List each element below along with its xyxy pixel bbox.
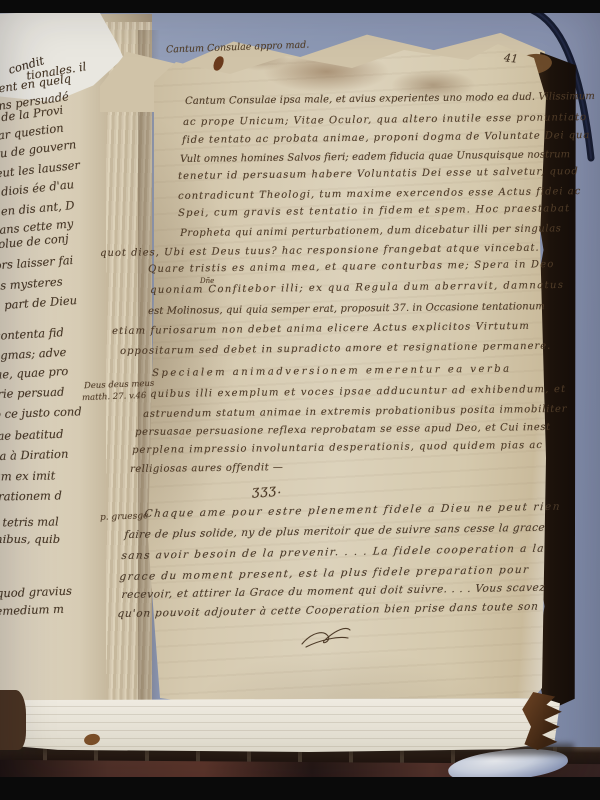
latin-text-line: astruendum statum animae in extremis pro…	[143, 404, 567, 420]
latin-text-line: Propheta qui animi perturbationem, dum d…	[180, 223, 562, 239]
latin-text-line: oppositarum sed debet in supradicto amor…	[120, 341, 551, 357]
latin-text-line: Spei, cum gravis est tentatio in fidem e…	[178, 203, 570, 219]
latin-text-line: quot dies, Ubi est Deus tuus? hac respon…	[100, 243, 540, 259]
left-page-text-fragment: est diois ée d'au	[0, 177, 75, 201]
french-text-line: qu'on pouvoit adjouter à cette Cooperati…	[117, 601, 539, 620]
latin-text-line: perplena impressio involuntaria desperat…	[132, 440, 543, 456]
letterbox-bar-top	[0, 0, 600, 13]
left-page-text-fragment: tarie persuad	[0, 385, 65, 402]
margin-note-scripture: Deus deus meus	[84, 379, 155, 391]
left-page-text-fragment: dogmas; adve	[0, 345, 67, 363]
left-page-text-fragment: contenta fid	[0, 325, 64, 343]
latin-text-line: ac prope Unicum; Vitae Oculor, qua alter…	[183, 112, 587, 128]
latin-text-line: Quare tristis es anima mea, et quare con…	[148, 259, 555, 275]
latin-text-line: Cantum Consulae ipsa male, et avius expe…	[185, 91, 595, 107]
margin-note-scripture: matth. 27. v.46	[82, 391, 147, 403]
latin-text-line: quibus illi exemplum et voces ipsae addu…	[150, 384, 566, 400]
latin-text-line: Vult omnes homines Salvos fieri; eadem f…	[180, 149, 570, 165]
left-page-text-fragment: perationem d	[0, 488, 62, 503]
french-text-line: faire de plus solide, ny de plus meritoi…	[124, 522, 546, 541]
left-page-text-fragment: alors laisser fai	[0, 253, 74, 273]
left-page-text-fragment: quod gravius	[0, 584, 72, 601]
left-page-text-fragment: ata à Diration	[0, 447, 69, 464]
section-divider-ornament: ʒʒʒ.	[252, 482, 283, 499]
header-note: Cantum Consulae appro mad.	[166, 40, 310, 56]
manuscript-photo: Cantum Consulae appro mad. 41 Cantum Con…	[0, 0, 600, 800]
left-page-text-fragment: remedium m	[0, 602, 64, 619]
left-page-text-fragment: imibus, quib	[0, 532, 60, 546]
latin-text-line: tenetur id persuasum habere Voluntatis D…	[178, 166, 579, 182]
left-page-text-fragment: e tetris mal	[0, 514, 59, 529]
page-number: 41	[503, 51, 518, 65]
french-text-line: grace du moment present, est la plus fid…	[119, 564, 530, 583]
french-text-line: recevoir, et attirer la Grace du moment …	[121, 582, 546, 601]
latin-text-line: est Molinosus, qui quia semper erat, pro…	[148, 301, 545, 317]
left-page-text-fragment: la part de Dieu	[0, 293, 78, 313]
left-page-text-fragment: nae, quae pro	[0, 364, 69, 382]
left-page-text-fragment: am ex imit	[0, 468, 55, 483]
left-page-text-fragment: Deo ce justo cond	[0, 404, 82, 422]
french-text-line: Chaque ame pour estre plenement fidele a…	[144, 501, 562, 520]
latin-text-line: relligiosas aures offendit —	[130, 462, 283, 475]
french-text-line: sans avoir besoin de la prevenir. . . . …	[121, 543, 545, 562]
left-page-text-fragment: des mysteres	[0, 274, 63, 293]
letterbox-bar-bottom	[0, 777, 600, 800]
handwriting-layer: Cantum Consulae appro mad. 41 Cantum Con…	[0, 0, 600, 800]
latin-text-line: fide tentato ac probata animae, proponi …	[182, 130, 590, 146]
latin-text-line: Specialem animadversionem emerentur ea v…	[152, 364, 512, 379]
paraph-flourish	[298, 622, 354, 650]
latin-text-line: etiam furiosarum non debet anima elicere…	[112, 321, 530, 337]
latin-text-line: persuasae persuasione reflexa reprobatam…	[135, 422, 551, 438]
margin-note-source: p. gruesge	[100, 511, 149, 523]
latin-text-line: contradicunt Theologi, tum maxime exerce…	[178, 186, 581, 202]
left-page-text-fragment: nae beatitud	[0, 427, 64, 444]
